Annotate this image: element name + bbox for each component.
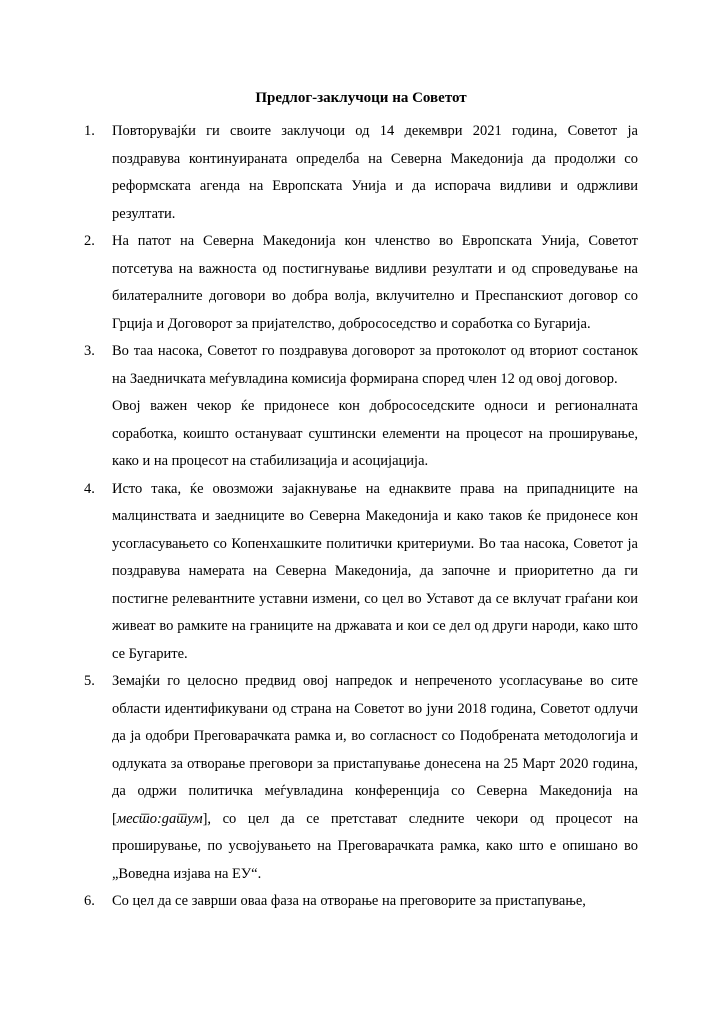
item-paragraph: Земајќи го целосно предвид овој напредок… bbox=[112, 668, 638, 888]
item-number-1: 1. bbox=[84, 118, 95, 146]
list-item-1: 1. Повторувајќи ги своите заклучоци од 1… bbox=[84, 118, 638, 228]
list-item-6: 6. Со цел да се заврши оваа фаза на отво… bbox=[84, 888, 638, 916]
item-number-6: 6. bbox=[84, 888, 95, 916]
item-number-3: 3. bbox=[84, 338, 95, 366]
item-number-4: 4. bbox=[84, 476, 95, 504]
item-paragraph: Со цел да се заврши оваа фаза на отворањ… bbox=[112, 888, 638, 916]
document-page: Предлог-заклучоци на Советот 1. Повторув… bbox=[0, 0, 723, 1024]
item-number-2: 2. bbox=[84, 228, 95, 256]
item-paragraph: Во таа насока, Советот го поздравува дог… bbox=[112, 338, 638, 393]
item-paragraph: Повторувајќи ги своите заклучоци од 14 д… bbox=[112, 118, 638, 228]
list-item-2: 2. На патот на Северна Македонија кон чл… bbox=[84, 228, 638, 338]
list-item-5: 5. Земајќи го целосно предвид овој напре… bbox=[84, 668, 638, 888]
item-number-5: 5. bbox=[84, 668, 95, 696]
item-paragraph: Овој важен чекор ќе придонесе кон доброс… bbox=[112, 393, 638, 476]
list-item-3: 3. Во таа насока, Советот го поздравува … bbox=[84, 338, 638, 476]
item-paragraph: На патот на Северна Македонија кон членс… bbox=[112, 228, 638, 338]
list-item-4: 4. Исто така, ќе овозможи зајакнување на… bbox=[84, 476, 638, 669]
item-paragraph: Исто така, ќе овозможи зајакнување на ед… bbox=[112, 476, 638, 669]
item-text-before-placeholder: Земајќи го целосно предвид овој напредок… bbox=[112, 673, 638, 827]
place-date-placeholder: место:датум bbox=[117, 811, 203, 827]
document-title: Предлог-заклучоци на Советот bbox=[84, 87, 638, 109]
